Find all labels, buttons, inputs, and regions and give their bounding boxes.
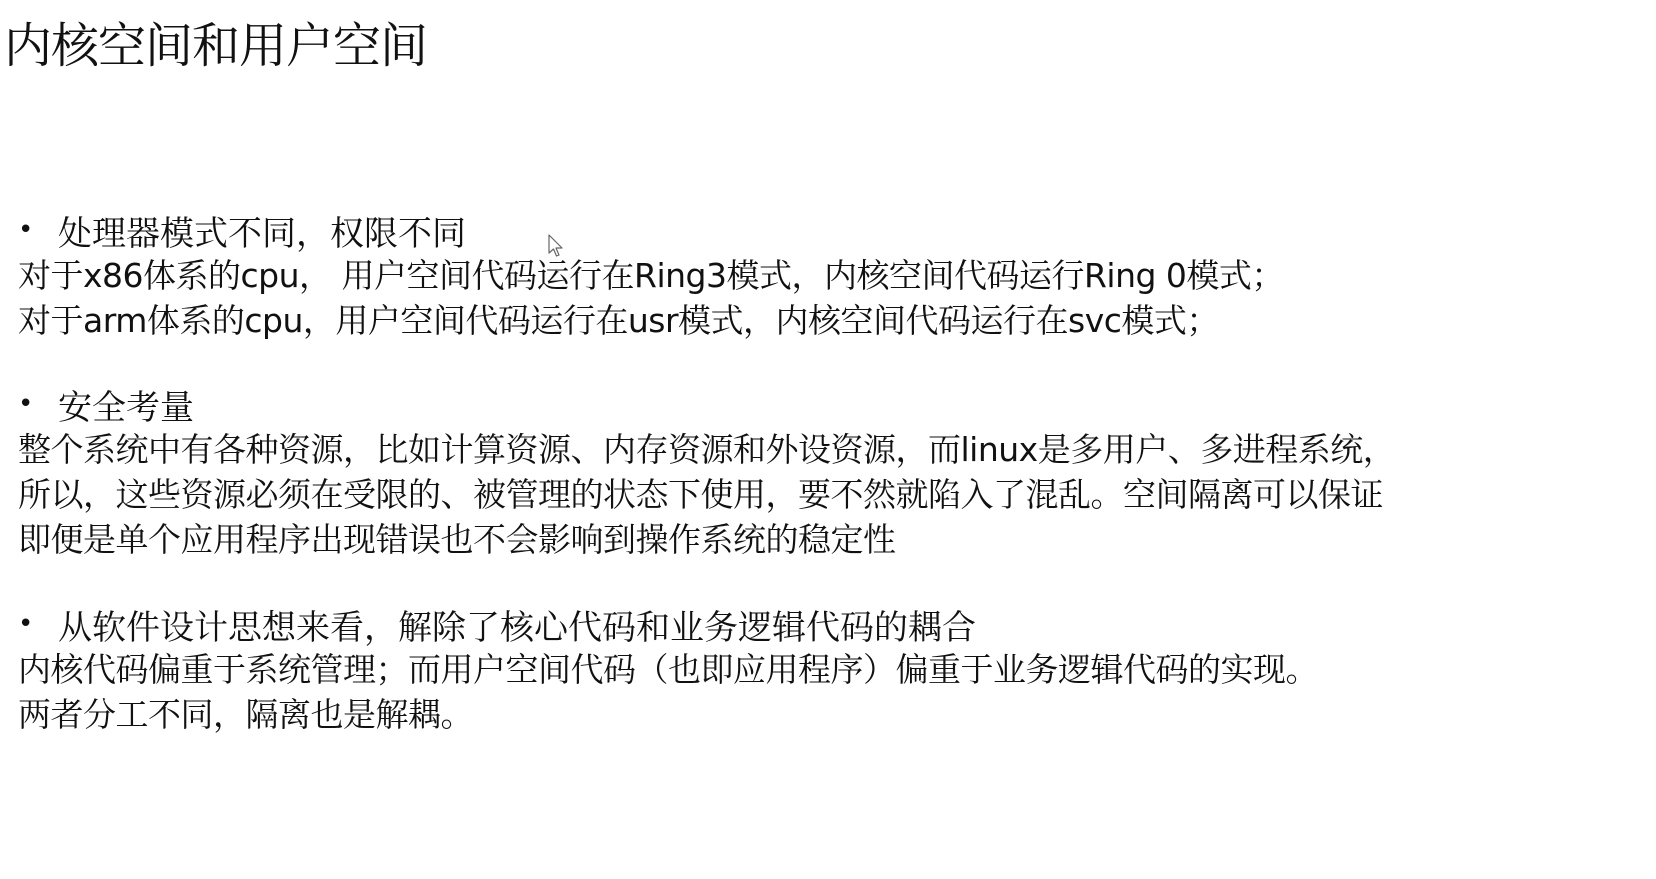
slide-title: 内核空间和用户空间 — [4, 14, 427, 78]
body-line: 对于arm体系的cpu，用户空间代码运行在usr模式，内核空间代码运行在svc模… — [18, 298, 1284, 343]
body-line: 整个系统中有各种资源，比如计算资源、内存资源和外设资源，而linux是多用户、多… — [18, 427, 1395, 472]
bullet-heading: • 从软件设计思想来看，解除了核心代码和业务逻辑代码的耦合 — [18, 601, 1318, 647]
body-line: 即便是单个应用程序出现错误也不会影响到操作系统的稳定性 — [18, 517, 1395, 562]
bullet-icon: • — [18, 601, 58, 647]
section-software-design: • 从软件设计思想来看，解除了核心代码和业务逻辑代码的耦合 内核代码偏重于系统管… — [18, 601, 1318, 737]
bullet-icon: • — [18, 381, 58, 427]
bullet-heading-text: 从软件设计思想来看，解除了核心代码和业务逻辑代码的耦合 — [58, 600, 976, 649]
body-line: 所以，这些资源必须在受限的、被管理的状态下使用，要不然就陷入了混乱。空间隔离可以… — [18, 472, 1395, 517]
bullet-heading-text: 处理器模式不同，权限不同 — [58, 206, 466, 255]
section-security: • 安全考量 整个系统中有各种资源，比如计算资源、内存资源和外设资源，而linu… — [18, 381, 1395, 562]
body-line: 内核代码偏重于系统管理；而用户空间代码（也即应用程序）偏重于业务逻辑代码的实现。 — [18, 647, 1318, 692]
mouse-pointer-icon — [548, 234, 564, 258]
bullet-icon: • — [18, 207, 58, 253]
bullet-heading-text: 安全考量 — [58, 380, 194, 429]
bullet-heading: • 安全考量 — [18, 381, 1395, 427]
body-line: 对于x86体系的cpu， 用户空间代码运行在Ring3模式，内核空间代码运行Ri… — [18, 253, 1284, 298]
section-processor-mode: • 处理器模式不同，权限不同 对于x86体系的cpu， 用户空间代码运行在Rin… — [18, 207, 1284, 343]
body-line: 两者分工不同，隔离也是解耦。 — [18, 692, 1318, 737]
bullet-heading: • 处理器模式不同，权限不同 — [18, 207, 1284, 253]
